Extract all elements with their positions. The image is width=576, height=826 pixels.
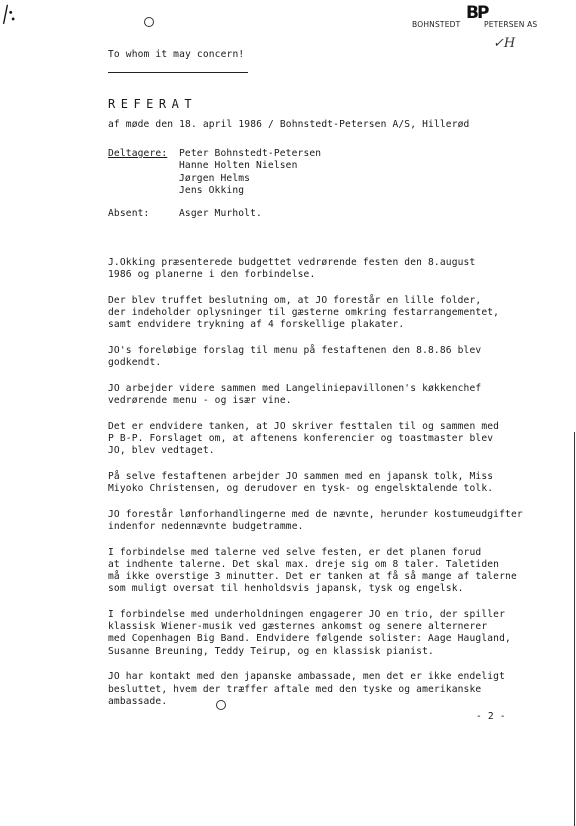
participants-list: Peter Bohnstedt-Petersen Hanne Holten Ni… xyxy=(179,148,321,198)
paragraph: J.Okking præsenterede budgettet vedrøren… xyxy=(108,257,528,281)
participant-name: Jens Okking xyxy=(179,185,321,197)
participant-name: Jørgen Helms xyxy=(179,173,321,185)
handwritten-note: ✓H xyxy=(493,36,515,51)
salutation: To whom it may concern! xyxy=(108,49,244,60)
minutes-body: J.Okking præsenterede budgettet vedrøren… xyxy=(108,257,528,721)
document-title: REFERAT xyxy=(108,97,197,111)
paragraph: JO har kontakt med den japanske ambassad… xyxy=(108,671,528,708)
participant-name: Hanne Holten Nielsen xyxy=(179,160,321,172)
participants-label: Deltagere: xyxy=(108,148,167,159)
paragraph: JO's foreløbige forslag til menu på fest… xyxy=(108,345,528,369)
absent-value: Asger Murholt. xyxy=(179,208,262,219)
participant-name: Peter Bohnstedt-Petersen xyxy=(179,148,321,160)
logo-left-text: BOHNSTEDT xyxy=(412,20,460,29)
paragraph: Der blev truffet beslutning om, at JO fo… xyxy=(108,295,528,332)
scan-mark: ⁄: xyxy=(0,1,19,28)
paragraph: JO arbejder videre sammen med Langelinie… xyxy=(108,383,528,407)
paragraph: Det er endvidere tanken, at JO skriver f… xyxy=(108,421,528,458)
salutation-underline xyxy=(108,72,248,73)
paragraph: I forbindelse med talerne ved selve fest… xyxy=(108,547,528,596)
scan-edge-line xyxy=(574,432,575,826)
document-subtitle: af møde den 18. april 1986 / Bohnstedt-P… xyxy=(108,119,469,130)
punch-hole-icon xyxy=(144,17,154,27)
paragraph: I forbindelse med underholdningen engage… xyxy=(108,609,528,658)
logo-right-text: PETERSEN AS xyxy=(484,20,537,29)
paragraph: JO forestår lønforhandlingerne med de næ… xyxy=(108,509,528,533)
absent-label: Absent: xyxy=(108,208,149,219)
page-number: - 2 - xyxy=(476,711,506,722)
paragraph: På selve festaftenen arbejder JO sammen … xyxy=(108,471,528,495)
